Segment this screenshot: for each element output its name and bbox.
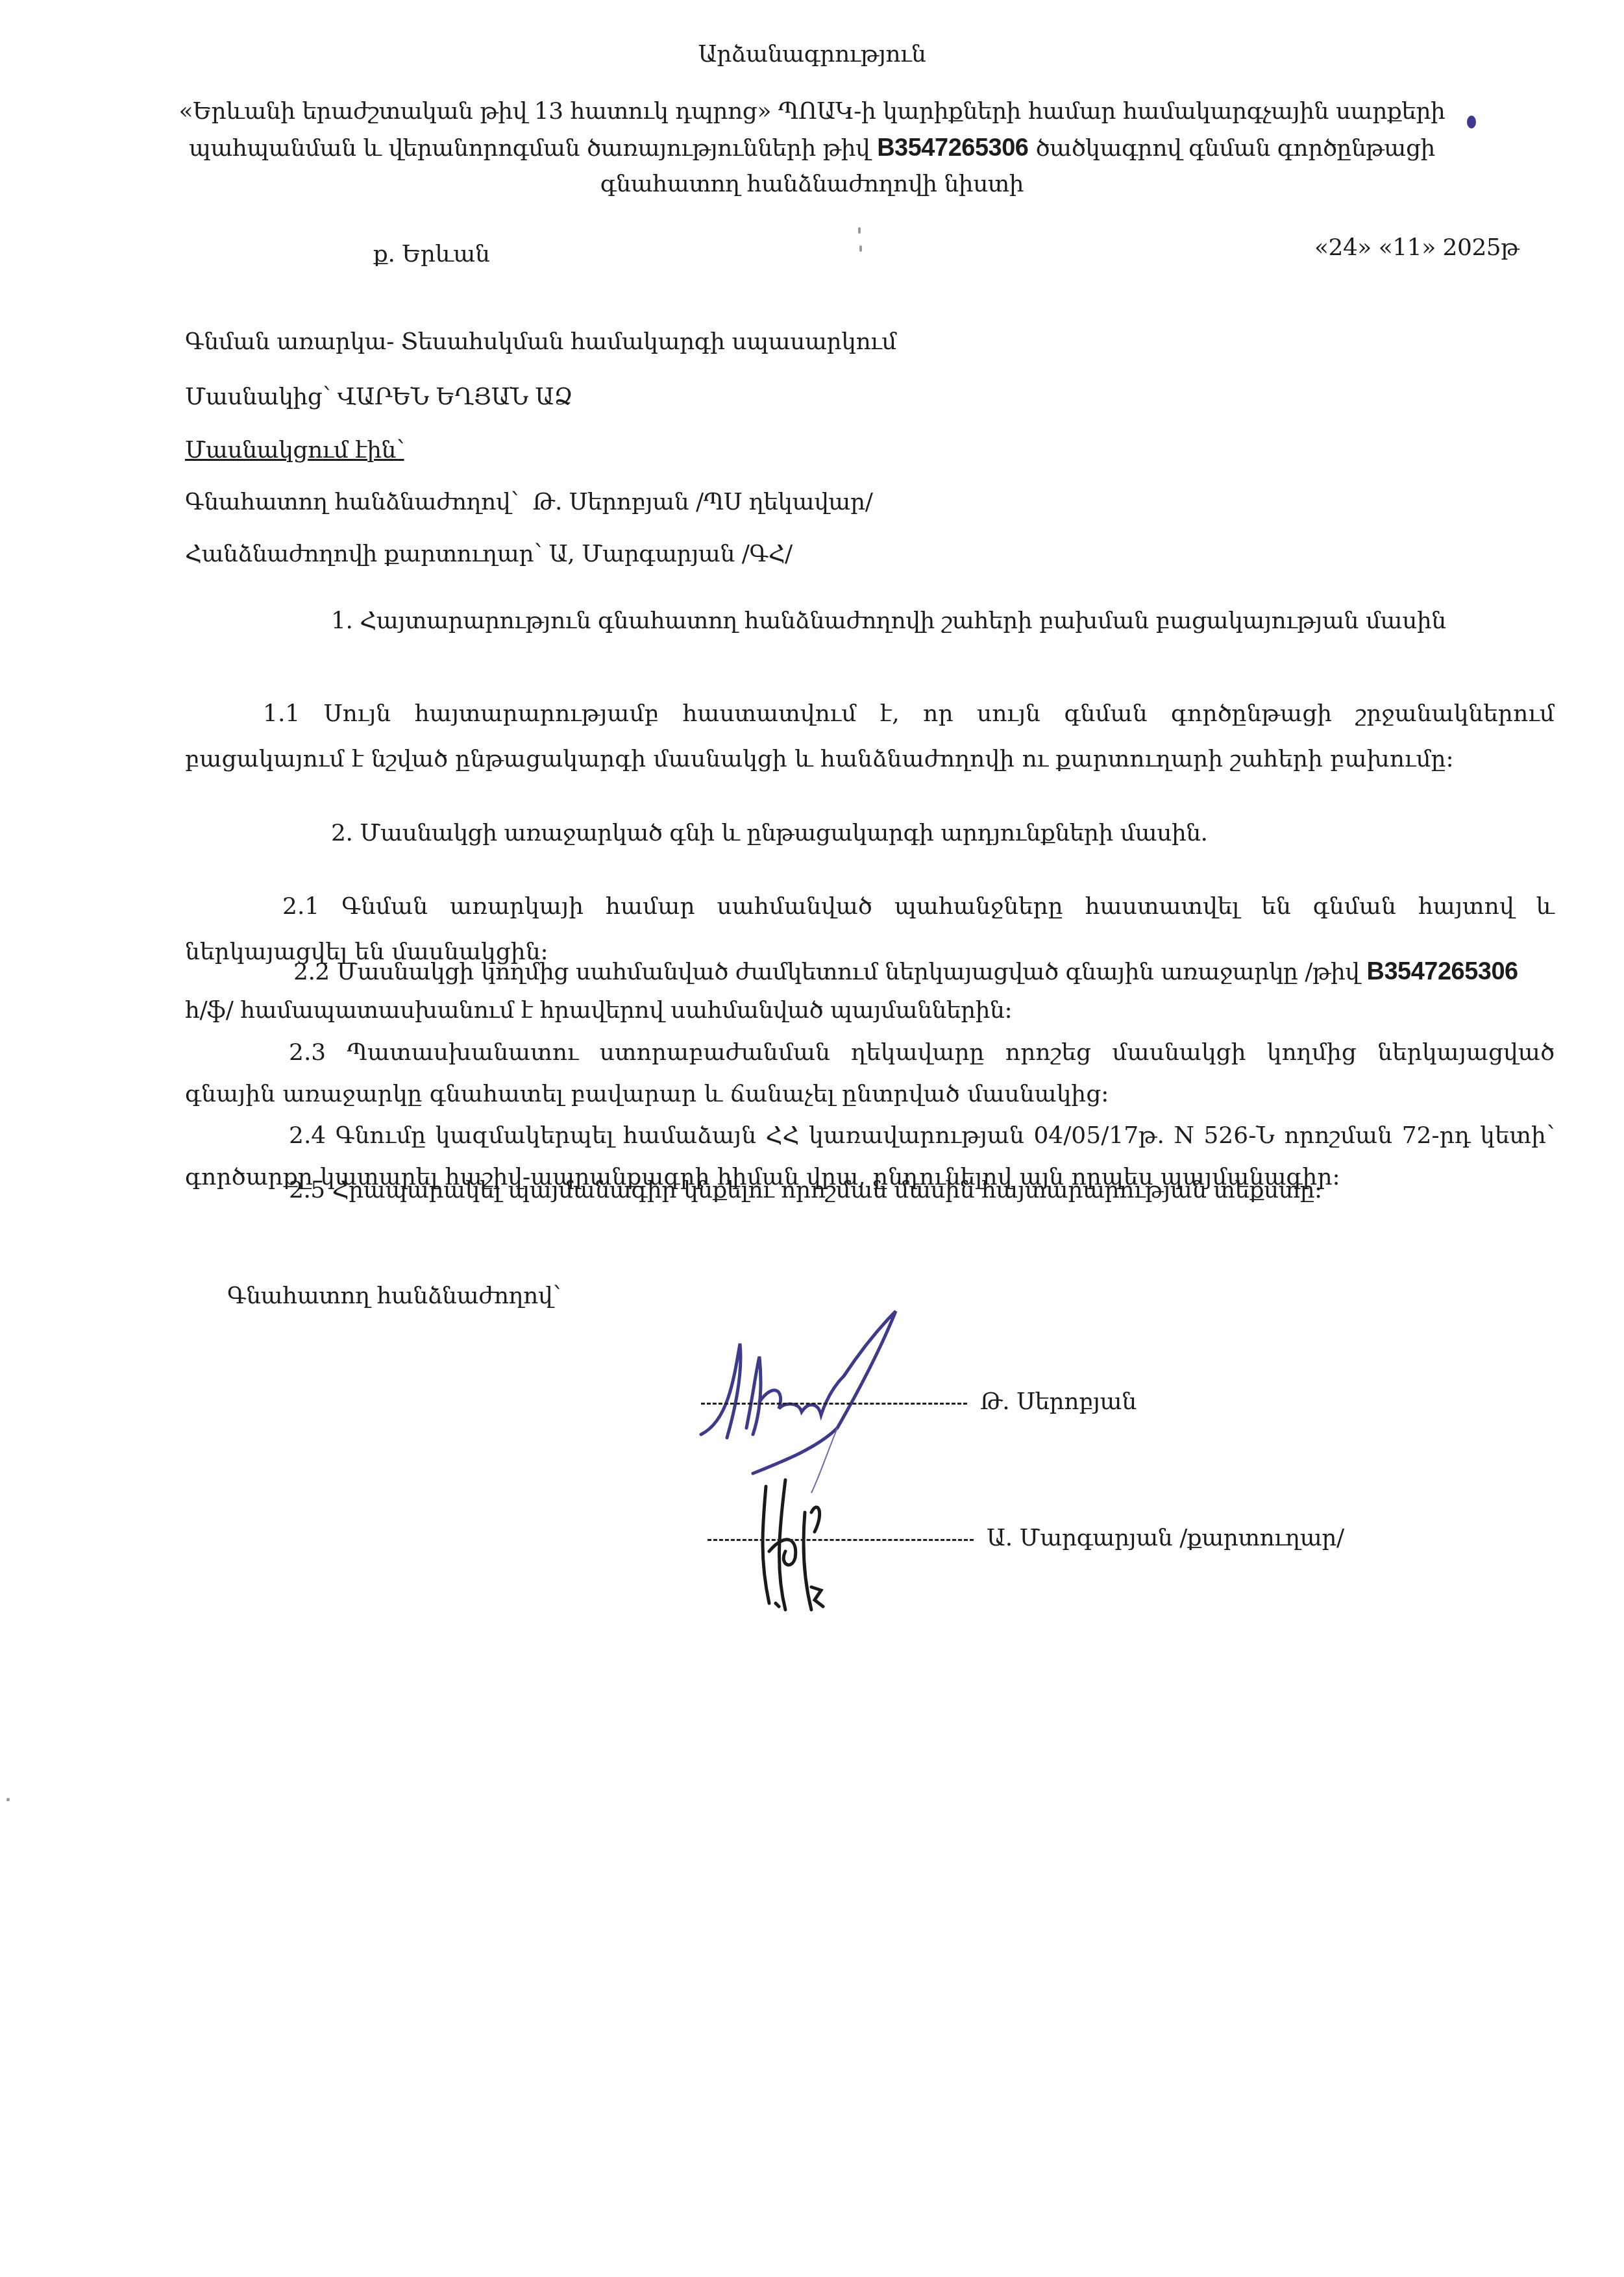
signer-2-name: Ա. Մարգարյան /քարտուղար/ <box>987 1525 1344 1551</box>
attendee-row: Հանձնաժողովի քարտուղար՝ Ա, Մարգարյան /ԳՀ… <box>185 540 793 568</box>
signature-line-1: Թ. Սերոբյան <box>701 1388 1137 1416</box>
signature-dashed-line <box>707 1539 974 1541</box>
scanned-document-page: Արձանագրություն «Երևանի երաժշտական թիվ 1… <box>0 0 1624 2277</box>
attendee-name: Թ. Սերոբյան /ՊՍ ղեկավար/ <box>533 489 873 515</box>
document-title: Արձանագրություն <box>0 40 1624 68</box>
subtitle-line-2-post: ծածկագրով գնման գործընթացի <box>1035 135 1435 162</box>
scan-speck <box>6 1798 10 1801</box>
subtitle-line-2-pre: պահպանման և վերանորոգման ծառայություններ… <box>189 135 870 162</box>
participant-label: Մասնակից՝ <box>185 384 330 410</box>
scan-speck <box>859 245 862 252</box>
signature-dashed-line <box>701 1403 967 1405</box>
scan-speck <box>858 227 861 234</box>
city-label: ք. Երևան <box>373 240 489 268</box>
paragraph-2-3: 2.3 Պատասխանատու ստորաբաժանման ղեկավարը … <box>185 1032 1555 1115</box>
participant-row: Մասնակից՝ ՎԱՐԵՆ ԵՂՅԱՆ ԱՁ <box>185 383 572 411</box>
attendees-heading: Մասնակցում էին՝ <box>185 436 404 464</box>
attendee-row: Գնահատող հանձնաժողով՝ Թ. Սերոբյան /ՊՍ ղե… <box>185 488 872 516</box>
attendee-role: Հանձնաժողովի քարտուղար՝ <box>185 541 542 567</box>
section-1-heading: 1. Հայտարարություն գնահատող հանձնաժողովի… <box>331 607 1446 635</box>
subtitle-line-3: գնահատող հանձնաժողովի նիստի <box>0 170 1624 198</box>
paragraph-1-1: 1.1 Սույն հայտարարությամբ հաստատվում է, … <box>185 691 1555 782</box>
paragraph-2-5: 2.5 Հրապարակել պայմանագիր կնքելու որոշմա… <box>289 1176 1322 1204</box>
attendee-name: Ա, Մարգարյան /ԳՀ/ <box>549 541 793 567</box>
procurement-subject: Գնման առարկա- Տեսահսկման համակարգի սպասա… <box>185 328 896 356</box>
subtitle-line-2: պահպանման և վերանորոգման ծառայություններ… <box>0 134 1624 164</box>
participant-name: ՎԱՐԵՆ ԵՂՅԱՆ ԱՁ <box>338 384 572 410</box>
paragraph-2-2-pre: 2.2 Մասնակցի կողմից սահմանված ժամկետում … <box>293 959 1359 985</box>
ink-dot-mark <box>1467 116 1476 129</box>
signature-line-2: Ա. Մարգարյան /քարտուղար/ <box>707 1524 1344 1552</box>
paragraph-2-2-line2: հ/ֆ/ համապատասխանում է հրավերով սահմանվա… <box>185 996 1012 1024</box>
document-date: «24» «11» 2025թ <box>1314 234 1519 262</box>
subtitle-line-1: «Երևանի երաժշտական թիվ 13 հատուկ դպրոց» … <box>0 97 1624 125</box>
paragraph-2-2-line1: 2.2 Մասնակցի կողմից սահմանված ժամկետում … <box>293 957 1518 987</box>
signer-1-name: Թ. Սերոբյան <box>980 1388 1137 1415</box>
attendee-role: Գնահատող հանձնաժողով՝ <box>185 489 519 515</box>
section-2-heading: 2. Մասնակցի առաջարկած գնի և ընթացակարգի … <box>331 819 1208 847</box>
tender-code: B3547265306 <box>877 134 1028 162</box>
committee-signature-label: Գնահատող հանձնաժողով՝ <box>227 1282 561 1310</box>
tender-code-ref: B3547265306 <box>1366 958 1518 985</box>
